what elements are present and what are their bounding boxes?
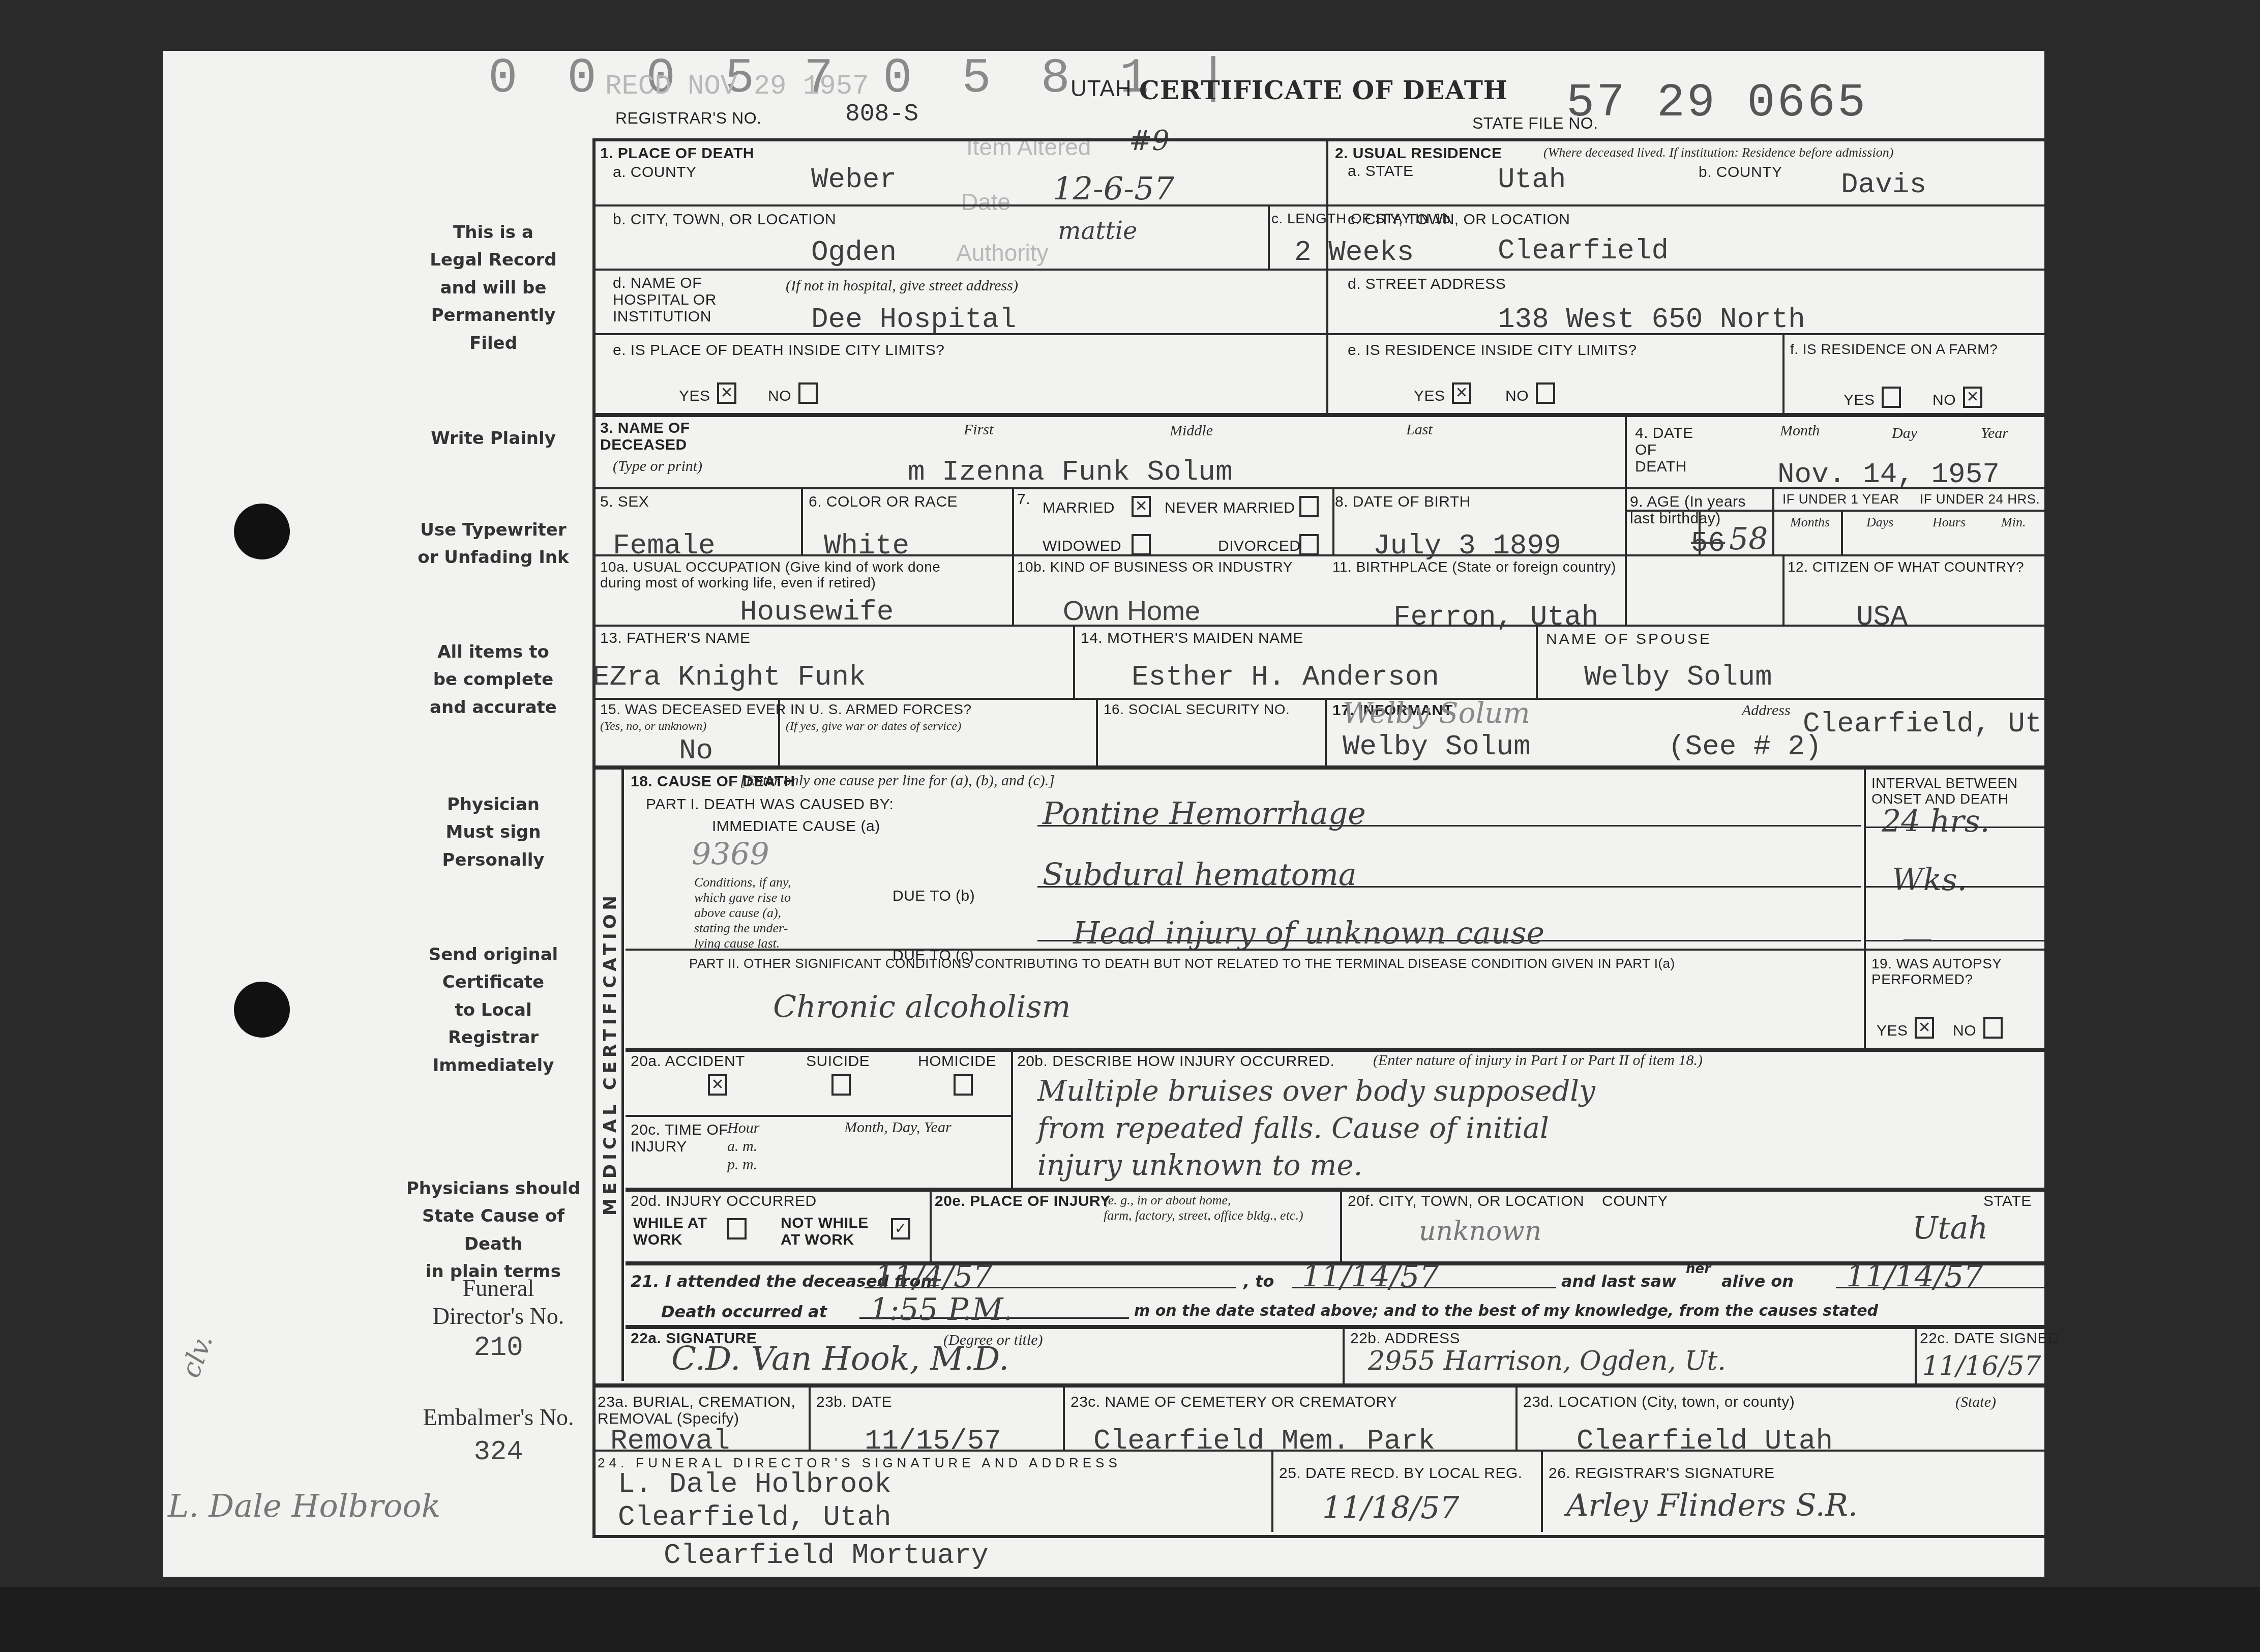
while-at-work-checkbox[interactable]: [727, 1218, 747, 1240]
ssn-label: 16. SOCIAL SECURITY NO.: [1104, 702, 1290, 718]
date-of-death-value: Nov. 14, 1957: [1777, 460, 2000, 489]
attended-from-value: 11/4/57: [875, 1261, 992, 1292]
describe-injury-hint: (Enter nature of injury in Part I or Par…: [1373, 1052, 1703, 1069]
res-state-label: a. STATE: [1348, 163, 1414, 180]
binder-hole: [234, 982, 290, 1038]
immediate-cause-label: IMMEDIATE CAUSE (a): [712, 818, 880, 835]
funeral-director-name: L. Dale Holbrook: [618, 1470, 891, 1498]
informant-address: Clearfield, Ut: [1803, 710, 2042, 738]
divider: [1012, 487, 1014, 625]
widowed-checkbox[interactable]: [1132, 534, 1151, 555]
divider: [1625, 487, 1627, 625]
homicide-label: HOMICIDE: [918, 1053, 996, 1070]
last-saw-label: and last saw: [1561, 1272, 1677, 1291]
scan-border: [0, 1587, 2260, 1652]
sex-value: Female: [613, 532, 716, 560]
not-while-at-work-label: NOT WHILE AT WORK: [781, 1215, 869, 1248]
divider: [1343, 1325, 1345, 1383]
line: [1864, 940, 2044, 941]
mother-label: 14. MOTHER'S MAIDEN NAME: [1081, 630, 1303, 646]
age-label: 9. AGE (In years last birthday): [1630, 493, 1746, 527]
divider: [592, 269, 2044, 271]
divider: [592, 413, 2044, 417]
farm-yes-checkbox[interactable]: [1882, 387, 1901, 408]
under-1-year-label: IF UNDER 1 YEAR: [1782, 492, 1899, 507]
usual-residence-label: 2. USUAL RESIDENCE: [1335, 145, 1502, 162]
note-physician-sign: Physician Must sign Personally: [402, 791, 585, 874]
res-city-value: Clearfield: [1498, 237, 1669, 265]
physician-signature: C.D. Van Hook, M.D.: [671, 1343, 1009, 1375]
interval-a: 24 hrs.: [1882, 806, 1990, 837]
mother-value: Esther H. Anderson: [1132, 663, 1439, 691]
county-value: Weber: [811, 165, 897, 194]
divider: [1782, 554, 1785, 625]
funeral-director-no-label: Funeral Director's No.: [402, 1274, 595, 1330]
hospital-label: d. NAME OF HOSPITAL OR INSTITUTION: [613, 275, 717, 325]
armed-forces-value: No: [679, 736, 713, 765]
line: [1864, 827, 2044, 828]
divider: [592, 765, 2044, 770]
physician-address-label: 22b. ADDRESS: [1350, 1330, 1460, 1347]
burial-date-label: 23b. DATE: [816, 1394, 892, 1410]
divider: [592, 333, 2044, 335]
divider: [1271, 1450, 1273, 1532]
informant-signature: Welby Solum: [1343, 699, 1530, 728]
no-label: NO: [1932, 392, 1956, 408]
funeral-director-city: Clearfield, Utah: [618, 1503, 891, 1531]
funeral-director-no: 210: [402, 1333, 595, 1364]
injury-state-value: Utah: [1912, 1213, 1988, 1244]
min-col-label: Min.: [2001, 515, 2026, 530]
under-24-hrs-label: IF UNDER 24 HRS.: [1920, 492, 2040, 507]
middle-name-col-label: Middle: [1170, 422, 1213, 439]
divider: [592, 698, 2044, 700]
burial-state-label: (State): [1955, 1394, 1996, 1411]
month-day-year-label: Month, Day, Year: [844, 1119, 951, 1136]
date-recd-value: 11/18/57: [1322, 1493, 1459, 1523]
county-label: a. COUNTY: [613, 164, 697, 181]
res-city-label: c. CITY, TOWN, OR LOCATION: [1348, 211, 1570, 228]
time-of-injury-label: 20c. TIME OF INJURY: [631, 1122, 728, 1155]
note-complete: All items to be complete and accurate: [402, 638, 585, 721]
date-signed-value: 11/16/57: [1922, 1353, 2041, 1379]
informant-address-label: Address: [1742, 702, 1791, 719]
res-county-value: Davis: [1841, 170, 1926, 199]
divider: [626, 1325, 2044, 1329]
industry-value: Own Home: [1063, 595, 1200, 627]
deceased-name-hint: (Type or print): [613, 458, 702, 475]
part-1-label: PART I. DEATH WAS CAUSED BY:: [646, 796, 894, 813]
race-label: 6. COLOR OR RACE: [809, 493, 958, 510]
line: [1864, 886, 2044, 888]
res-state-value: Utah: [1498, 165, 1566, 194]
days-col-label: Days: [1866, 515, 1893, 530]
registrar-signature-label: 26. REGISTRAR'S SIGNATURE: [1549, 1465, 1774, 1482]
divider: [626, 1048, 2044, 1052]
divider: [592, 1450, 2044, 1452]
due-to-b-label: DUE TO (b): [893, 888, 975, 904]
res-street-value: 138 West 650 North: [1498, 305, 1805, 334]
received-stamp: RECD NOV 29 1957: [605, 71, 869, 102]
divider: [1325, 698, 1327, 765]
homicide-checkbox[interactable]: [954, 1074, 973, 1096]
place-of-injury-hint: (e. g., in or about home, farm, factory,…: [1104, 1193, 1303, 1223]
months-col-label: Months: [1790, 515, 1830, 530]
city-label: b. CITY, TOWN, OR LOCATION: [613, 211, 836, 228]
last-saw-value: 11/14/57: [1846, 1261, 1983, 1292]
divider: [1915, 1325, 1917, 1383]
funeral-director-firm: Clearfield Mortuary: [664, 1541, 989, 1570]
embalmer-no-label: Embalmer's No.: [402, 1404, 595, 1431]
married-label: MARRIED: [1043, 499, 1115, 516]
divider: [1073, 625, 1075, 698]
divorced-label: DIVORCED: [1218, 538, 1300, 554]
state-file-no: 57 29 0665: [1566, 76, 1867, 130]
informant-value: Welby Solum: [1343, 732, 1531, 761]
note-send-original: Send original Certificate to Local Regis…: [402, 941, 585, 1079]
inside-limits-label: e. IS PLACE OF DEATH INSIDE CITY LIMITS?: [613, 342, 944, 359]
physician-address: 2955 Harrison, Ogden, Ut.: [1368, 1348, 1726, 1374]
divider: [1515, 1383, 1518, 1450]
due-to-b-value: Subdural hematoma: [1043, 860, 1357, 890]
registrars-no-label: REGISTRAR'S NO.: [615, 109, 761, 127]
interval-b: Wks.: [1892, 865, 1967, 895]
marital-status-number: 7.: [1017, 491, 1030, 508]
divider: [1327, 204, 2044, 206]
dob-label: 8. DATE OF BIRTH: [1335, 493, 1471, 510]
embalmer-no: 324: [402, 1437, 595, 1468]
binder-hole: [234, 504, 290, 559]
date-recd-label: 25. DATE RECD. BY LOCAL REG.: [1279, 1465, 1523, 1482]
father-value: EZra Knight Funk: [592, 663, 866, 691]
part-2-value: Chronic alcoholism: [773, 992, 1070, 1022]
last-name-col-label: Last: [1406, 421, 1433, 438]
page-title: CERTIFICATE OF DEATH: [1139, 75, 1508, 105]
inside-limits-yes-checkbox[interactable]: ✕: [717, 382, 736, 404]
divider: [1782, 333, 1785, 413]
cemetery-label: 23c. NAME OF CEMETERY OR CREMATORY: [1070, 1394, 1397, 1410]
divider: [801, 487, 803, 554]
deceased-name-value: m Izenna Funk Solum: [908, 458, 1233, 486]
widowed-label: WIDOWED: [1043, 538, 1121, 554]
deceased-name-label: 3. NAME OF DECEASED: [600, 420, 690, 453]
state-name: UTAH: [1070, 76, 1132, 102]
place-of-death-label: 1. PLACE OF DEATH: [600, 145, 754, 162]
father-label: 13. FATHER'S NAME: [600, 630, 750, 646]
note-write-plainly: Write Plainly: [402, 425, 585, 452]
citizen-label: 12. CITIZEN OF WHAT COUNTRY?: [1788, 559, 2024, 575]
date-of-death-label: 4. DATE OF DEATH: [1635, 425, 1693, 475]
her-label: her: [1686, 1261, 1711, 1277]
margin-signature: L. Dale Holbrook: [168, 1490, 440, 1522]
injury-county-label: COUNTY: [1602, 1193, 1668, 1209]
occupation-value: Housewife: [740, 598, 894, 626]
armed-forces-label: 15. WAS DECEASED EVER IN U. S. ARMED FOR…: [600, 702, 971, 718]
birthplace-label: 11. BIRTHPLACE (State or foreign country…: [1332, 559, 1616, 575]
divider: [1536, 625, 1538, 698]
death-occurred-label: Death occurred at: [661, 1302, 827, 1321]
armed-hint-2: (If yes, give war or dates of service): [786, 720, 961, 733]
armed-hint-1: (Yes, no, or unknown): [600, 720, 706, 733]
never-married-checkbox[interactable]: [1299, 496, 1319, 517]
part-2-label: PART II. OTHER SIGNIFICANT CONDITIONS CO…: [689, 956, 1854, 971]
note-typewriter: Use Typewriter or Unfading Ink: [402, 516, 585, 572]
attestation-statement: m on the date stated above; and to the b…: [1134, 1302, 2039, 1320]
medical-certification-label: MEDICAL CERTIFICATION: [600, 892, 620, 1216]
conditions-note: Conditions, if any, which gave rise to a…: [694, 875, 791, 951]
farm-no-checkbox[interactable]: ✕: [1963, 387, 1982, 408]
interval-label: INTERVAL BETWEEN ONSET AND DEATH: [1871, 776, 2018, 807]
death-occurred-value: 1:55 P.M.: [870, 1294, 1013, 1325]
married-checkbox[interactable]: ✕: [1132, 496, 1151, 517]
divider: [1541, 1450, 1543, 1532]
no-label: NO: [1505, 388, 1529, 404]
stay-value: 2 Weeks: [1294, 238, 1414, 267]
res-inside-limits-label: e. IS RESIDENCE INSIDE CITY LIMITS?: [1348, 342, 1637, 359]
note-legal-record: This is a Legal Record and will be Perma…: [402, 219, 585, 357]
divider: [621, 765, 624, 1381]
divider: [626, 1115, 1011, 1117]
divider: [1841, 510, 1843, 554]
spouse-label: NAME OF SPOUSE: [1546, 631, 1712, 647]
never-married-label: NEVER MARRIED: [1165, 499, 1295, 516]
divider: [592, 204, 1327, 206]
hospital-value: Dee Hospital: [811, 305, 1016, 334]
not-while-at-work-checkbox[interactable]: ✓: [891, 1218, 910, 1240]
year-col-label: Year: [1981, 425, 2008, 442]
injury-occurred-label: 20d. INJURY OCCURRED: [631, 1193, 817, 1209]
hours-col-label: Hours: [1932, 515, 1966, 530]
divider: [1063, 1383, 1065, 1450]
attended-to-label: , to: [1243, 1272, 1274, 1291]
farm-label: f. IS RESIDENCE ON A FARM?: [1790, 342, 1998, 358]
first-name-col-label: First: [964, 421, 993, 438]
sex-label: 5. SEX: [600, 493, 649, 510]
res-inside-limits-yes-checkbox[interactable]: ✕: [1452, 382, 1471, 404]
yes-label: YES: [1843, 392, 1875, 408]
race-value: White: [824, 532, 909, 560]
autopsy-label: 19. WAS AUTOPSY PERFORMED?: [1871, 956, 2002, 988]
immediate-cause-value: Pontine Hemorrhage: [1043, 799, 1366, 829]
due-to-c-value: Head injury of unknown cause: [1073, 918, 1544, 949]
injury-city-value: unknown: [1419, 1218, 1541, 1245]
yes-label: YES: [1877, 1022, 1908, 1039]
res-street-label: d. STREET ADDRESS: [1348, 276, 1506, 292]
divider: [1332, 487, 1334, 554]
divider: [1268, 204, 1270, 269]
suicide-checkbox[interactable]: [831, 1074, 851, 1096]
no-label: NO: [768, 388, 791, 404]
accident-label: 20a. ACCIDENT: [631, 1053, 745, 1070]
place-of-injury-label: 20e. PLACE OF INJURY: [935, 1193, 1111, 1209]
injury-state-label: STATE: [1983, 1193, 2032, 1209]
birthplace-value: Ferron, Utah: [1393, 603, 1598, 631]
usual-residence-hint: (Where deceased lived. If institution: R…: [1543, 145, 1893, 160]
autopsy-yes-checkbox[interactable]: ✕: [1915, 1017, 1934, 1039]
divider: [1340, 1188, 1342, 1261]
divider: [809, 1383, 811, 1450]
suicide-label: SUICIDE: [806, 1053, 870, 1070]
hour-label: Hour a. m. p. m.: [727, 1119, 759, 1174]
inside-limits-no-checkbox[interactable]: [798, 382, 818, 404]
divider: [1772, 487, 1774, 554]
burial-method-label: 23a. BURIAL, CREMATION, REMOVAL (Specify…: [598, 1394, 795, 1427]
spouse-value: Welby Solum: [1584, 663, 1772, 691]
dob-value: July 3 1899: [1373, 532, 1561, 560]
informant-note: (See # 2): [1668, 732, 1822, 761]
res-inside-limits-no-checkbox[interactable]: [1536, 382, 1555, 404]
accident-checkbox[interactable]: ✕: [708, 1074, 727, 1096]
res-county-label: b. COUNTY: [1699, 164, 1782, 181]
describe-injury-label: 20b. DESCRIBE HOW INJURY OCCURRED.: [1017, 1053, 1334, 1070]
alive-on-label: alive on: [1721, 1272, 1794, 1291]
citizen-value: USA: [1856, 603, 1908, 631]
divider: [1326, 138, 1328, 413]
age-value: 58: [1729, 524, 1768, 554]
yes-label: YES: [1414, 388, 1445, 404]
month-col-label: Month: [1780, 422, 1820, 439]
autopsy-no-checkbox[interactable]: [1983, 1017, 2003, 1039]
registrar-signature: Arley Flinders S.R.: [1566, 1490, 1858, 1521]
city-value: Ogden: [811, 238, 897, 267]
cause-code: 9369: [692, 839, 769, 870]
day-col-label: Day: [1892, 425, 1917, 442]
burial-location-label: 23d. LOCATION (City, town, or county): [1523, 1394, 1795, 1410]
injury-city-label: 20f. CITY, TOWN, OR LOCATION: [1348, 1193, 1584, 1209]
no-label: NO: [1953, 1022, 1976, 1039]
date-signed-label: 22c. DATE SIGNED: [1920, 1330, 2059, 1347]
cause-of-death-hint: [Enter only one cause per line for (a), …: [740, 772, 1055, 789]
hospital-hint: (If not in hospital, give street address…: [786, 277, 1018, 294]
divider: [1011, 1048, 1013, 1188]
attended-to-value: 11/14/57: [1302, 1261, 1439, 1292]
industry-label: 10b. KIND OF BUSINESS OR INDUSTRY: [1017, 559, 1293, 575]
divider: [930, 1188, 932, 1261]
yes-label: YES: [679, 388, 710, 404]
divider: [1625, 413, 1627, 487]
divorced-checkbox[interactable]: [1299, 534, 1319, 555]
divider: [1864, 765, 1866, 1048]
note-plain-terms: Physicians should State Cause of Death i…: [397, 1175, 590, 1286]
registrars-no: 808-S: [845, 101, 918, 128]
while-at-work-label: WHILE AT WORK: [633, 1215, 707, 1248]
divider: [626, 1188, 2044, 1192]
age-struck-value: 56: [1691, 529, 1725, 557]
divider: [626, 949, 2044, 951]
divider: [1096, 698, 1098, 765]
interval-c: —: [1902, 923, 1932, 954]
occupation-label: 10a. USUAL OCCUPATION (Give kind of work…: [600, 559, 940, 591]
describe-injury-value: Multiple bruises over body supposedly fr…: [1037, 1073, 1595, 1184]
